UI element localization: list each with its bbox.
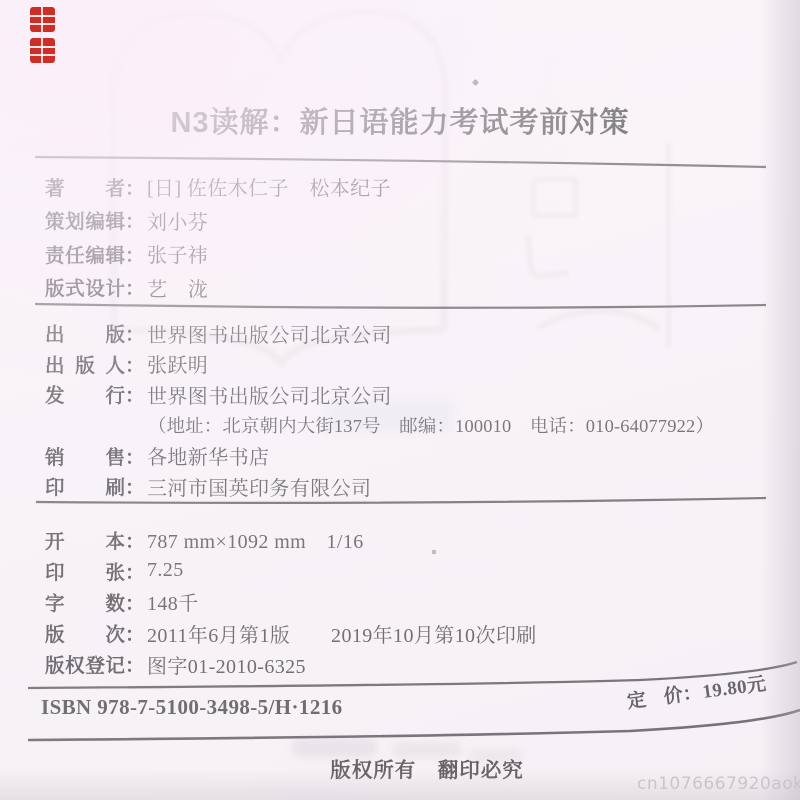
colophon-row-address: （地址：北京朝内大街137号 邮编：100010 电话：010-64077922…: [45, 410, 714, 441]
field-label: 印张: [45, 557, 125, 585]
field-colon: ：: [125, 588, 147, 616]
field-label: 版式设计: [45, 273, 125, 301]
field-colon: ：: [125, 650, 147, 678]
colophon-row-copyright-registration: 版权登记 ： 图字01-2010-6325: [45, 649, 537, 680]
field-value: 三河市国英印务有限公司: [147, 472, 371, 501]
field-colon: ：: [125, 442, 147, 470]
colophon-row-wordcount: 字数 ： 148千: [45, 586, 537, 617]
red-seal-block: [30, 38, 55, 63]
field-label: 开本: [45, 526, 125, 554]
field-value: （地址：北京朝内大街137号 邮编：100010 电话：010-64077922…: [148, 412, 714, 438]
book-title: N3读解：新日语能力考试考前对策: [0, 100, 800, 141]
specs-section: 开本 ： 787 mm×1092 mm 1/16 印张 ： 7.25 字数 ： …: [45, 524, 537, 680]
field-colon: ：: [125, 472, 147, 500]
colophon-row-sales: 销售 ： 各地新华书店: [45, 440, 714, 471]
colophon-row-publisher: 出版 ： 世界图书出版公司北京公司: [45, 318, 714, 349]
field-label: 策划编辑: [45, 206, 125, 234]
field-label: 著者: [45, 173, 125, 201]
isbn-text: ISBN 978-7-5100-3498-5/H·1216: [41, 695, 343, 720]
publishing-section: 出版 ： 世界图书出版公司北京公司 出版人 ： 张跃明 发行 ： 世界图书出版公…: [45, 318, 714, 502]
colophon-row-sheets: 印张 ： 7.25: [45, 555, 537, 586]
field-label: 版次: [45, 619, 125, 647]
field-value: 世界图书出版公司北京公司: [147, 319, 392, 348]
red-seal-block: [30, 7, 55, 32]
field-label: 出版人: [45, 350, 125, 378]
field-colon: ：: [125, 206, 147, 234]
field-label: 字数: [45, 588, 125, 616]
field-value: 世界图书出版公司北京公司: [147, 380, 392, 409]
field-colon: ：: [125, 240, 147, 268]
field-value: 2011年6月第1版 2019年10月第10次印刷: [147, 619, 537, 648]
price-block: 定价 ： 19.80元: [625, 669, 767, 714]
price-value: 19.80元: [701, 669, 768, 704]
colophon-row-publisher-person: 出版人 ： 张跃明: [45, 349, 714, 380]
field-value: 张子祎: [147, 239, 208, 268]
field-label: 版权登记: [45, 650, 125, 678]
colophon-row-responsible-editor: 责任编辑 ： 张子祎: [45, 237, 391, 271]
field-colon: ：: [125, 173, 147, 201]
field-value: 787 mm×1092 mm 1/16: [147, 525, 364, 554]
field-value: 各地新华书店: [147, 441, 269, 470]
price-label: 定价: [625, 680, 684, 714]
field-label: 发行: [45, 380, 125, 408]
field-label: 出版: [45, 319, 125, 347]
field-value: 148千: [147, 587, 199, 616]
field-label: 责任编辑: [45, 240, 125, 268]
field-colon: ：: [125, 557, 147, 585]
colophon-row-printer: 印刷 ： 三河市国英印务有限公司: [45, 471, 714, 502]
field-value: [日] 佐佐木仁子 松本纪子: [147, 172, 391, 201]
field-colon: ：: [125, 273, 147, 301]
colophon-row-distributor: 发行 ： 世界图书出版公司北京公司: [45, 379, 714, 410]
field-colon: ：: [125, 350, 147, 378]
field-value: 刘小芬: [147, 206, 208, 235]
colophon-row-edition: 版次 ： 2011年6月第1版 2019年10月第10次印刷: [45, 618, 537, 649]
red-seal-icon: [30, 7, 55, 69]
field-colon: ：: [125, 380, 147, 408]
colophon-row-format: 开本 ： 787 mm×1092 mm 1/16: [45, 524, 537, 555]
field-colon: ：: [125, 526, 147, 554]
field-label: 销售: [45, 442, 125, 470]
colophon-row-author: 著者 ： [日] 佐佐木仁子 松本纪子: [45, 170, 391, 204]
field-value: 艺 泷: [147, 273, 208, 302]
field-value: 张跃明: [147, 349, 208, 378]
colophon-row-layout-design: 版式设计 ： 艺 泷: [45, 271, 391, 305]
printed-content: N3读解：新日语能力考试考前对策 著者 ： [日] 佐佐木仁子 松本纪子 策划编…: [0, 0, 800, 800]
field-colon: ：: [125, 319, 147, 347]
field-value: 7.25: [147, 559, 184, 582]
field-label: 印刷: [45, 472, 125, 500]
book-colophon-page-photo: N3读解：新日语能力考试考前对策 著者 ： [日] 佐佐木仁子 松本纪子 策划编…: [0, 0, 800, 800]
field-value: 图字01-2010-6325: [147, 650, 306, 679]
photo-watermark: cn1076667920aokae: [637, 774, 800, 794]
colophon-row-planning-editor: 策划编辑 ： 刘小芬: [45, 204, 391, 238]
credits-section: 著者 ： [日] 佐佐木仁子 松本纪子 策划编辑 ： 刘小芬 责任编辑 ： 张子…: [45, 170, 391, 304]
field-colon: ：: [125, 619, 147, 647]
